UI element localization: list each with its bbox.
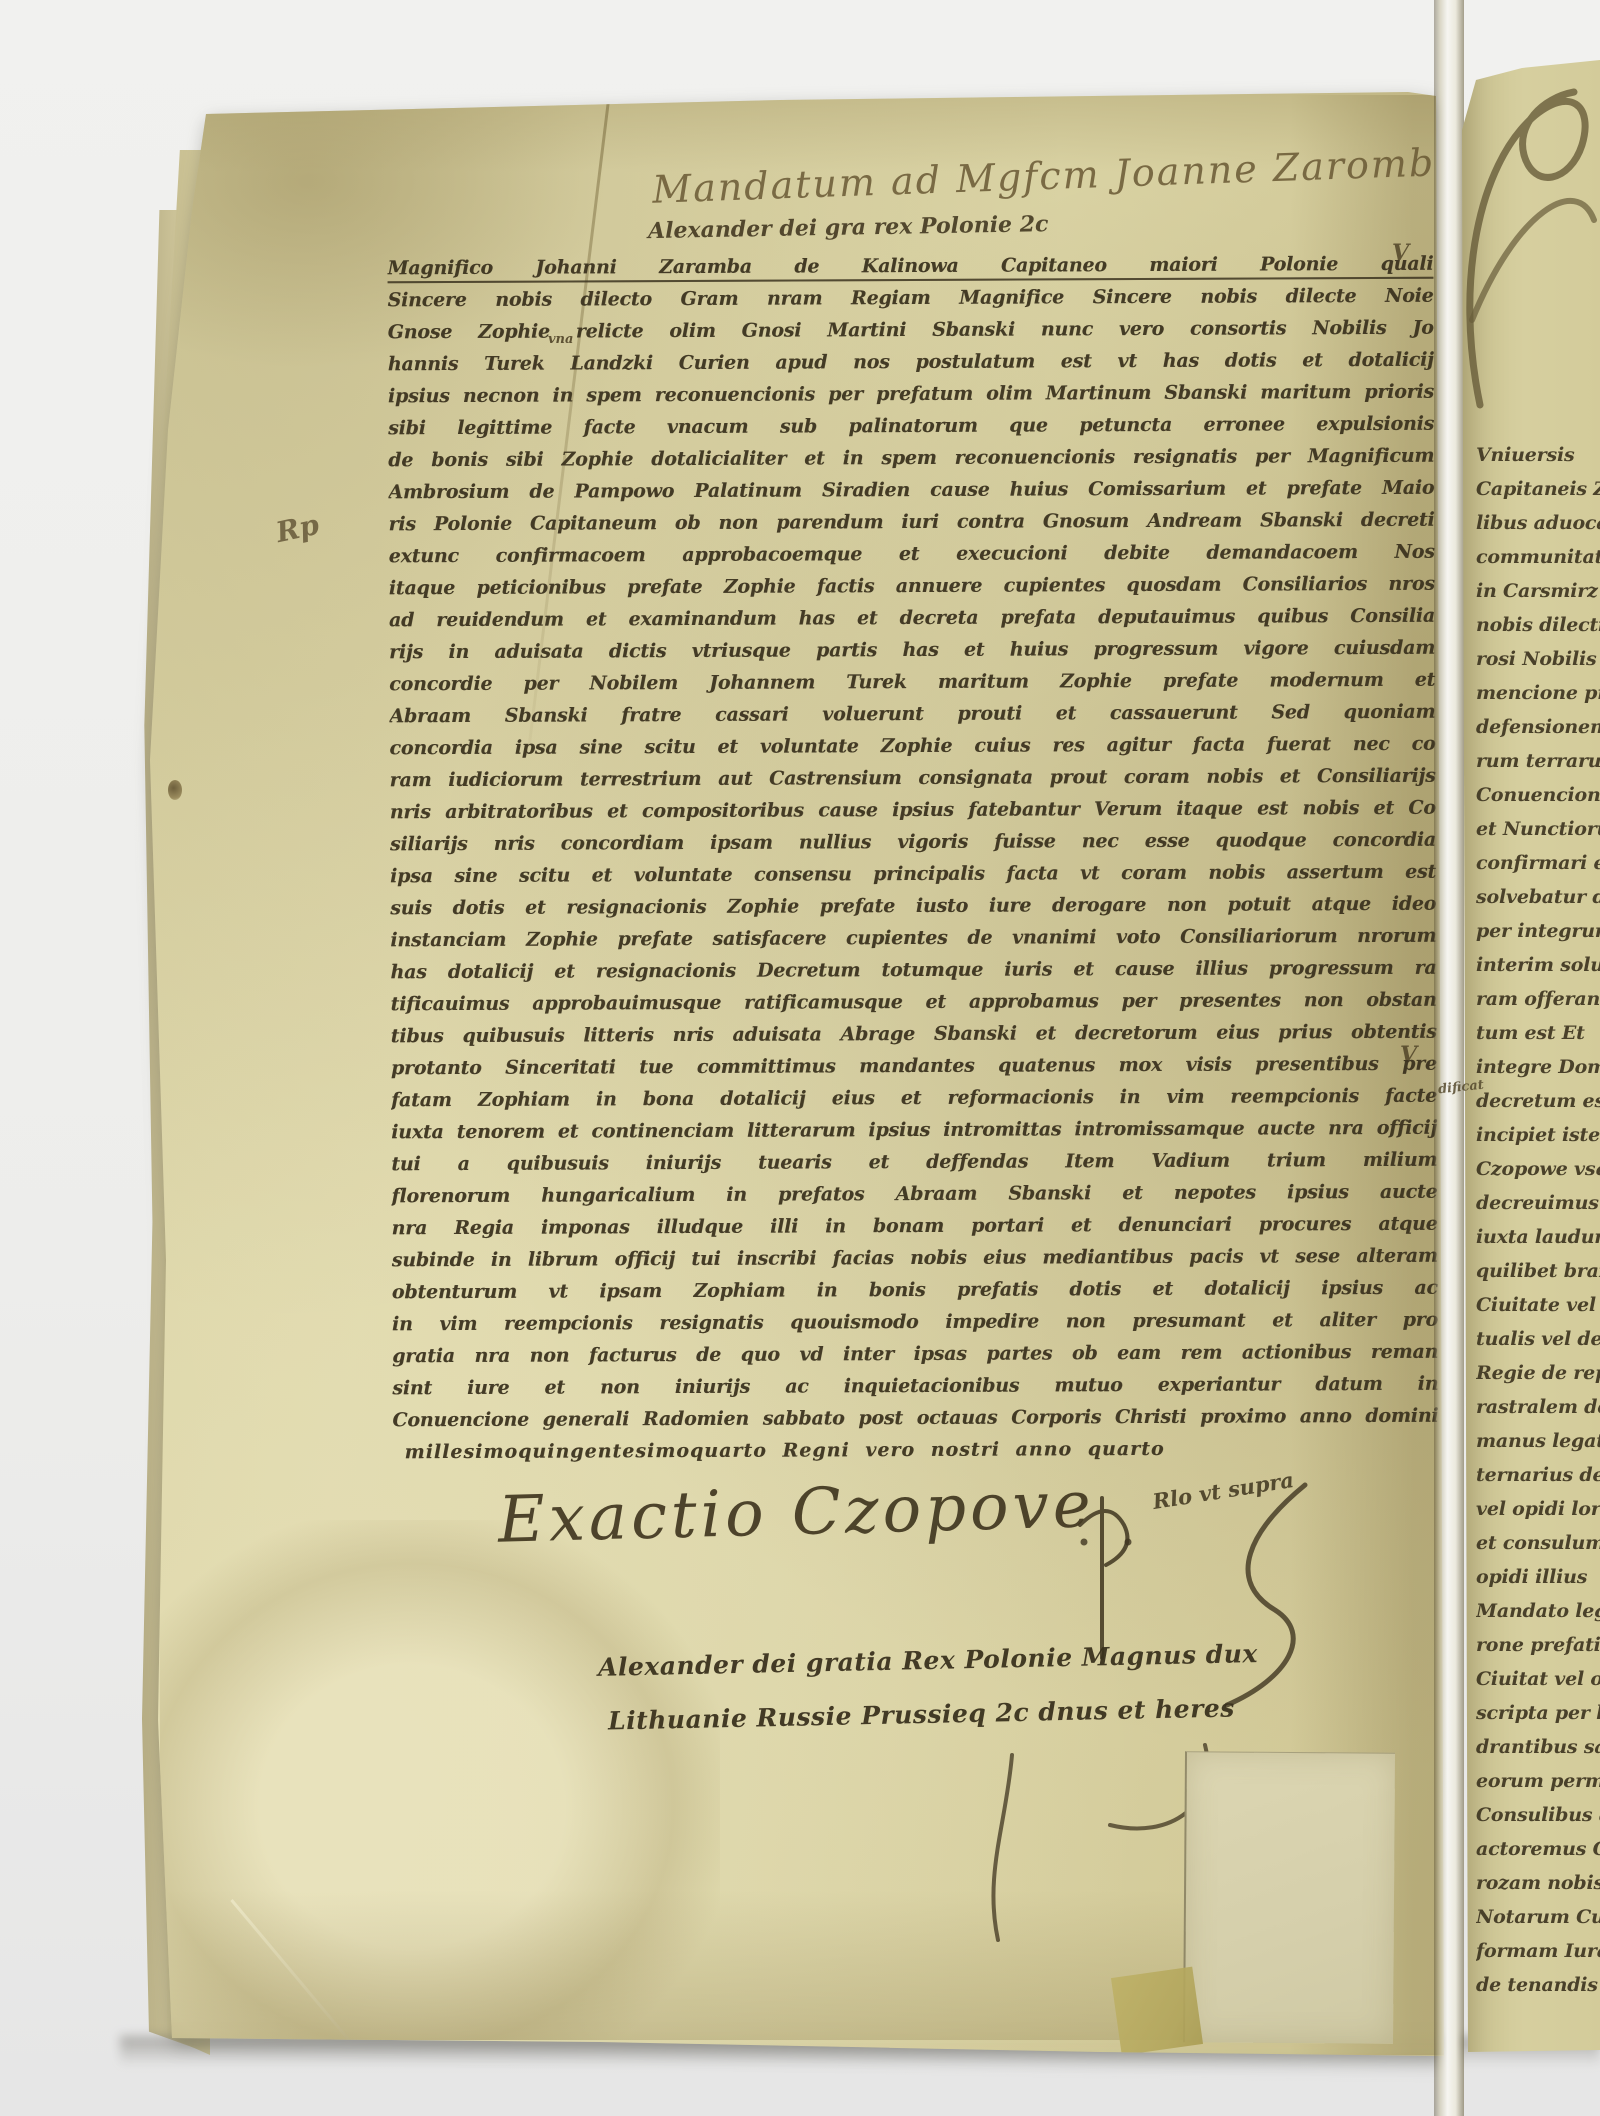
next-page-line: interim soluend bbox=[1476, 948, 1600, 982]
next-page-line: decretum est bbox=[1476, 1084, 1600, 1118]
manuscript-line: concordia ipsa sine scitu et voluntate Z… bbox=[389, 728, 1435, 765]
manuscript-line: de bonis sibi Zophie dotalicialiter et i… bbox=[388, 440, 1434, 477]
next-page-sliver: VniuersisCapitaneis Zlibus aduocacommuni… bbox=[1462, 0, 1600, 2116]
next-page-line: eorum perma bbox=[1476, 1764, 1600, 1798]
next-page-line: rone prefati bbox=[1476, 1628, 1600, 1662]
next-page-line: Conuencione R bbox=[1476, 778, 1600, 812]
next-page-line: ternarius deb bbox=[1476, 1458, 1600, 1492]
body-text-block: Magnifico Johanni Zaramba de Kalinowa Ca… bbox=[387, 248, 1438, 1469]
repair-patch bbox=[1183, 1751, 1395, 2043]
manuscript-line: gratia nra non facturus de quo vd inter … bbox=[392, 1336, 1438, 1373]
next-page-line: opidi illius bbox=[1476, 1560, 1600, 1594]
exactio-czopove-title: Exactio Czopove bbox=[497, 1468, 1095, 1558]
manuscript-line: tibus quibusuis litteris nris aduisata A… bbox=[391, 1016, 1437, 1053]
manuscript-line: Conuencione generali Radomien sabbato po… bbox=[392, 1400, 1438, 1437]
manuscript-line: protanto Sinceritati tue committimus man… bbox=[391, 1048, 1437, 1085]
next-page-line: Czopowe vsque bbox=[1476, 1152, 1600, 1186]
manuscript-line: obtenturum vt ipsam Zophiam in bonis pre… bbox=[392, 1272, 1438, 1309]
next-page-line: ram offerant bbox=[1476, 982, 1600, 1016]
manuscript-line: ad reuidendum et examinandum has et decr… bbox=[389, 600, 1435, 637]
next-page-line: rozam nobis bbox=[1476, 1866, 1600, 1900]
manuscript-line: nra Regia imponas illudque illi in bonam… bbox=[392, 1208, 1438, 1245]
water-stain bbox=[160, 1520, 720, 2040]
manuscript-line: in vim reempcionis resignatis quouismodo… bbox=[392, 1304, 1438, 1341]
next-page-line: iuxta laudum bbox=[1476, 1220, 1600, 1254]
next-page-line: rastralem def bbox=[1476, 1390, 1600, 1424]
manuscript-line: itaque peticionibus prefate Zophie facti… bbox=[389, 568, 1435, 605]
next-page-line: Mandato leg bbox=[1476, 1594, 1600, 1628]
parchment-sheet: Mandatum ad Mgfcm Joanne Zaromba Alexand… bbox=[0, 0, 1600, 2116]
manuscript-page: Mandatum ad Mgfcm Joanne Zaromba Alexand… bbox=[0, 0, 1600, 2116]
manuscript-line: Ambrosium de Pampowo Palatinum Siradien … bbox=[388, 472, 1434, 509]
next-page-line: Vniuersis bbox=[1476, 438, 1600, 472]
initial-flourish bbox=[1462, 70, 1600, 410]
manuscript-line: nris arbitratoribus et compositoribus ca… bbox=[390, 792, 1436, 829]
next-page-line: Consulibus ass bbox=[1476, 1798, 1600, 1832]
manuscript-line: ipsius necnon in spem reconuencionis per… bbox=[388, 376, 1434, 413]
next-page-line: scripta per l bbox=[1476, 1696, 1600, 1730]
manuscript-line: fatam Zophiam in bona dotalicij eius et … bbox=[391, 1080, 1437, 1117]
next-page-line: Notarum Cuic bbox=[1476, 1900, 1600, 1934]
manuscript-line: ris Polonie Capitaneum ob non parendum i… bbox=[388, 504, 1434, 541]
book-fold-gutter bbox=[1434, 0, 1464, 2116]
next-page-line: tum est Et bbox=[1476, 1016, 1600, 1050]
next-page-line: in Carsmirz bbox=[1476, 574, 1600, 608]
manuscript-line: Abraam Sbanski fratre cassari voluerunt … bbox=[389, 696, 1435, 733]
margin-note-rp: Rp bbox=[273, 508, 322, 549]
next-page-line: formam Iurame bbox=[1476, 1934, 1600, 1968]
next-page-line: rum terrarum C bbox=[1476, 744, 1600, 778]
next-page-line: Ciuitat vel op bbox=[1476, 1662, 1600, 1696]
next-page-line: manus legat bbox=[1476, 1424, 1600, 1458]
manuscript-line: rijs in aduisata dictis vtriusque partis… bbox=[389, 632, 1435, 669]
next-page-line: drantibus sal bbox=[1476, 1730, 1600, 1764]
manuscript-line: concordie per Nobilem Johannem Turek mar… bbox=[389, 664, 1435, 701]
manuscript-line: instanciam Zophie prefate satisfacere cu… bbox=[390, 920, 1436, 957]
manuscript-line: tificauimus approbauimusque ratificamusq… bbox=[391, 984, 1437, 1021]
royal-intitulation-line2: Lithuanie Russie Prussieq 2c dnus et her… bbox=[608, 1693, 1235, 1735]
worm-hole bbox=[168, 780, 182, 800]
next-page-line: Capitaneis Z bbox=[1476, 472, 1600, 506]
next-page-line: vel opidi lor bbox=[1476, 1492, 1600, 1526]
next-page-parchment: VniuersisCapitaneis Zlibus aduocacommuni… bbox=[1462, 0, 1600, 2116]
heading-title: Mandatum ad Mgfcm Joanne Zaromba bbox=[651, 132, 1443, 220]
manuscript-line: florenorum hungaricalium in prefatos Abr… bbox=[391, 1176, 1437, 1213]
next-page-line: actoremus Czop bbox=[1476, 1832, 1600, 1866]
manuscript-line: has dotalicij et resignacionis Decretum … bbox=[390, 952, 1436, 989]
next-page-line: confirmari et bbox=[1476, 846, 1600, 880]
manuscript-line: sint iure et non iniurijs ac inquietacio… bbox=[392, 1368, 1438, 1405]
photo-background: Mandatum ad Mgfcm Joanne Zaromba Alexand… bbox=[0, 0, 1600, 2116]
next-page-line: incipiet iste bbox=[1476, 1118, 1600, 1152]
next-page-line: tualis vel de bbox=[1476, 1322, 1600, 1356]
manuscript-line: hannis Turek Landzki Curien apud nos pos… bbox=[388, 344, 1434, 381]
next-page-line: et consulum bbox=[1476, 1526, 1600, 1560]
manuscript-line: millesimoquingentesimoquarto Regni vero … bbox=[393, 1432, 1439, 1469]
next-page-line: decreuimus ipa bbox=[1476, 1186, 1600, 1220]
next-page-line: Ciuitate vel o bbox=[1476, 1288, 1600, 1322]
next-page-text-block: VniuersisCapitaneis Zlibus aduocacommuni… bbox=[1476, 438, 1600, 2002]
next-page-line: Regie de rep bbox=[1476, 1356, 1600, 1390]
manuscript-line: tui a quibusuis iniurijs tuearis et deff… bbox=[391, 1144, 1437, 1181]
crease-line bbox=[230, 1899, 399, 2100]
next-page-line: de tenandis sin bbox=[1476, 1968, 1600, 2002]
next-page-line: nobis dilectis bbox=[1476, 608, 1600, 642]
manuscript-line: iuxta tenorem et continenciam litterarum… bbox=[391, 1112, 1437, 1149]
next-page-line: defensionem et i bbox=[1476, 710, 1600, 744]
next-page-line: integre Domib bbox=[1476, 1050, 1600, 1084]
manuscript-line: subinde in librum officij tui inscribi f… bbox=[392, 1240, 1438, 1277]
tape-fragment bbox=[1111, 1967, 1203, 2056]
next-page-line: rosi Nobilis fo bbox=[1476, 642, 1600, 676]
manuscript-line: Magnifico Johanni Zaramba de Kalinowa Ca… bbox=[387, 248, 1433, 285]
manuscript-line: ipsa sine scitu et voluntate consensu pr… bbox=[390, 856, 1436, 893]
manuscript-line: extunc confirmacoem approbacoemque et ex… bbox=[389, 536, 1435, 573]
next-page-line: mencione prote bbox=[1476, 676, 1600, 710]
manuscript-line: siliarijs nris concordiam ipsam nullius … bbox=[390, 824, 1436, 861]
manuscript-line: ram iudiciorum terrestrium aut Castrensi… bbox=[390, 760, 1436, 797]
next-page-line: solvebatur de bbox=[1476, 880, 1600, 914]
next-page-line: per integrum bbox=[1476, 914, 1600, 948]
paraph-flourish bbox=[1070, 1480, 1330, 1710]
next-page-line: libus aduoca bbox=[1476, 506, 1600, 540]
next-page-line: communitatibus bbox=[1476, 540, 1600, 574]
manuscript-line: Gnose Zophie relicte olim Gnosi Martini … bbox=[388, 312, 1434, 349]
manuscript-line: sibi legittime facte vnacum sub palinato… bbox=[388, 408, 1434, 445]
manuscript-line: Sincere nobis dilecto Gram nram Regiam M… bbox=[387, 280, 1433, 317]
next-page-line: quilibet braxa bbox=[1476, 1254, 1600, 1288]
next-page-line: et Nunctiorum bbox=[1476, 812, 1600, 846]
manuscript-line: suis dotis et resignacionis Zophie prefa… bbox=[390, 888, 1436, 925]
